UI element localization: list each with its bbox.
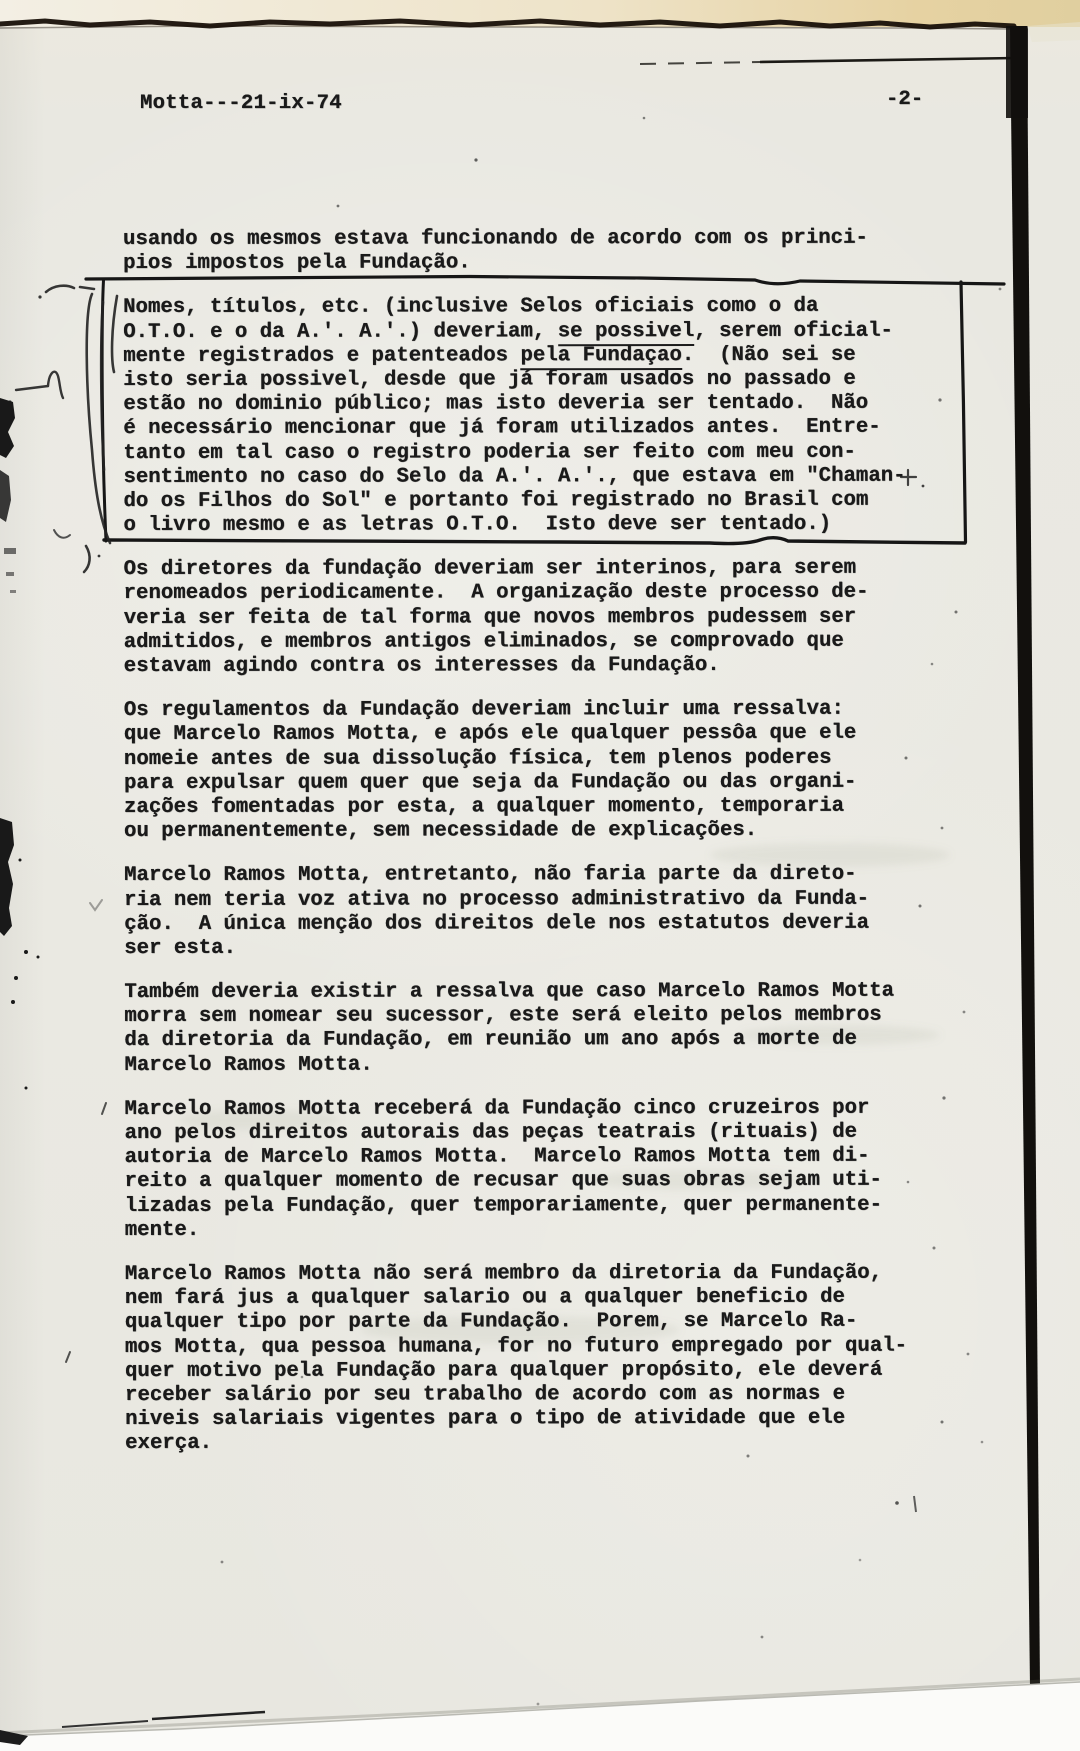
- scan-edge-bar: [1006, 22, 1080, 1688]
- paragraph: Marcelo Ramos Motta receberá da Fundação…: [125, 1096, 937, 1243]
- text-line: admitidos, e membros antigos eliminados,…: [124, 629, 936, 655]
- text-segment: ria nem teria voz ativa no processo admi…: [124, 887, 869, 911]
- text-line: ção. A única menção dos direitos dele no…: [124, 911, 936, 937]
- text-line: tanto em tal caso o registro poderia ser…: [123, 440, 935, 466]
- page-number: -2-: [886, 88, 923, 111]
- text-segment: mos Motta, qua pessoa humana, for no fut…: [125, 1334, 907, 1358]
- text-line: pios impostos pela Fundação.: [123, 251, 935, 277]
- doc-reference: Motta---21-ix-74: [140, 92, 342, 115]
- text-segment: nomeie antes de sua dissolução física, t…: [124, 746, 832, 770]
- text-segment: Os regulamentos da Fundação deveriam inc…: [124, 698, 844, 722]
- text-line: exerça.: [125, 1431, 937, 1457]
- text-line: autoria de Marcelo Ramos Motta. Marcelo …: [125, 1145, 937, 1171]
- text-segment: mente registrados e patenteados: [123, 344, 520, 368]
- text-segment: é necessário mencionar que já foram util…: [123, 416, 880, 440]
- text-line: zações fomentadas por esta, a qualquer m…: [124, 795, 936, 821]
- text-line: Marcelo Ramos Motta.: [124, 1052, 936, 1078]
- text-segment: zações fomentadas por esta, a qualquer m…: [124, 795, 844, 819]
- text-line: é necessário mencionar que já foram util…: [123, 416, 935, 442]
- text-segment: Também deveria existir a ressalva que ca…: [124, 980, 894, 1004]
- boxed-paragraph: Nomes, títulos, etc. (inclusive Selos of…: [123, 295, 935, 538]
- text-segment: Marcelo Ramos Motta.: [124, 1053, 372, 1076]
- text-line: lizadas pela Fundação, quer temporariame…: [125, 1193, 937, 1219]
- text-segment: quer motivo pela Fundação para qualquer …: [125, 1358, 882, 1382]
- text-segment: Marcelo Ramos Motta não será membro da d…: [125, 1262, 882, 1286]
- text-line: o livro mesmo e as letras O.T.O. Isto de…: [123, 513, 935, 539]
- text-line: mente.: [125, 1217, 937, 1243]
- text-segment: para expulsar quem quer que seja da Fund…: [124, 770, 857, 794]
- text-segment: exerça.: [125, 1432, 212, 1455]
- text-segment: sentimento no caso do Selo da A.'. A.'.,…: [123, 464, 905, 488]
- text-segment: da diretoria da Fundação, em reunião um …: [124, 1028, 857, 1052]
- text-line: veria ser feita de tal forma que novos m…: [124, 605, 936, 631]
- handwritten-ticks: [54, 530, 106, 1362]
- text-segment: veria ser feita de tal forma que novos m…: [124, 605, 857, 629]
- text-line: da diretoria da Fundação, em reunião um …: [124, 1028, 936, 1054]
- page-bottom-edge: [0, 1679, 1080, 1751]
- text-line: Os regulamentos da Fundação deveriam inc…: [124, 698, 936, 724]
- text-segment: do os Filhos do Sol" e portanto foi regi…: [123, 489, 868, 513]
- text-line: nomeie antes de sua dissolução física, t…: [124, 746, 936, 772]
- text-segment: Marcelo Ramos Motta, entretanto, não far…: [124, 863, 857, 887]
- text-segment: ção. A única menção dos direitos dele no…: [124, 911, 869, 935]
- paragraph: usando os mesmos estava funcionando de a…: [123, 227, 935, 277]
- text-line: para expulsar quem quer que seja da Fund…: [124, 770, 936, 796]
- text-line: estão no dominio público; mas isto dever…: [123, 392, 935, 418]
- paragraph: Os regulamentos da Fundação deveriam inc…: [124, 698, 936, 845]
- top-rule-line: [640, 58, 1016, 64]
- text-segment: Marcelo Ramos Motta receberá da Fundação…: [125, 1097, 870, 1121]
- text-line: Os diretores da fundação deveriam ser in…: [124, 557, 936, 583]
- text-line: que Marcelo Ramos Motta, e após ele qual…: [124, 722, 936, 748]
- text-segment: . (Não sei se: [682, 343, 856, 366]
- text-segment: , serem oficial-: [694, 319, 893, 342]
- text-line: qualquer tipo por parte da Fundação. Por…: [125, 1310, 937, 1336]
- underlined-text: pela Fundaçao: [520, 344, 681, 370]
- text-segment: isto seria possivel, desde que já foram …: [123, 368, 856, 392]
- text-line: isto seria possivel, desde que já foram …: [123, 368, 935, 394]
- text-line: Marcelo Ramos Motta receberá da Fundação…: [125, 1096, 937, 1122]
- text-segment: reito a qualquer momento de recusar que …: [125, 1169, 882, 1193]
- text-segment: Nomes, títulos, etc. (inclusive Selos of…: [123, 295, 818, 319]
- handwritten-bracket: [38, 286, 117, 572]
- text-line: Nomes, títulos, etc. (inclusive Selos of…: [123, 295, 935, 321]
- text-segment: usando os mesmos estava funcionando de a…: [123, 227, 868, 251]
- text-line: Também deveria existir a ressalva que ca…: [124, 980, 936, 1006]
- text-line: Marcelo Ramos Motta, entretanto, não far…: [124, 863, 936, 889]
- text-line: estavam agindo contra os interesses da F…: [124, 654, 936, 680]
- text-line: mente registrados e patenteados pela Fun…: [123, 343, 935, 369]
- text-line: morra sem nomear seu sucessor, este será…: [124, 1004, 936, 1030]
- text-line: ano pelos direitos autorais das peças te…: [125, 1121, 937, 1147]
- text-segment: renomeados periodicamente. A organização…: [124, 581, 869, 605]
- text-line: renomeados periodicamente. A organização…: [124, 581, 936, 607]
- text-segment: lizadas pela Fundação, quer temporariame…: [125, 1193, 882, 1217]
- paragraph: Também deveria existir a ressalva que ca…: [124, 980, 936, 1078]
- text-segment: tanto em tal caso o registro poderia ser…: [123, 440, 856, 464]
- text-segment: O.T.O. e o da A.'. A.'.) deveriam,: [123, 320, 558, 344]
- paragraph: Marcelo Ramos Motta, entretanto, não far…: [124, 863, 936, 961]
- text-line: Marcelo Ramos Motta não será membro da d…: [125, 1262, 937, 1288]
- text-segment: pios impostos pela Fundação.: [123, 252, 471, 276]
- text-segment: ser esta.: [124, 937, 236, 960]
- text-segment: ou permanentemente, sem necessidade de e…: [124, 819, 757, 843]
- text-segment: nem fará jus a qualquer salario ou a qua…: [125, 1286, 845, 1310]
- text-line: ser esta.: [124, 935, 936, 961]
- text-segment: estavam agindo contra os interesses da F…: [124, 654, 720, 678]
- text-segment: Os diretores da fundação deveriam ser in…: [124, 557, 857, 581]
- text-segment: qualquer tipo por parte da Fundação. Por…: [125, 1310, 858, 1334]
- text-segment: que Marcelo Ramos Motta, e após ele qual…: [124, 722, 857, 746]
- text-line: sentimento no caso do Selo da A.'. A.'.,…: [123, 464, 935, 490]
- text-line: reito a qualquer momento de recusar que …: [125, 1169, 937, 1195]
- text-segment: autoria de Marcelo Ramos Motta. Marcelo …: [125, 1145, 870, 1169]
- text-segment: o livro mesmo e as letras O.T.O. Isto de…: [123, 513, 831, 537]
- text-segment: mente.: [125, 1219, 200, 1242]
- text-line: niveis salariais vigentes para o tipo de…: [125, 1407, 937, 1433]
- text-line: ria nem teria voz ativa no processo admi…: [124, 887, 936, 913]
- text-segment: morra sem nomear seu sucessor, este será…: [124, 1004, 881, 1028]
- text-line: quer motivo pela Fundação para qualquer …: [125, 1358, 937, 1384]
- paragraph: Marcelo Ramos Motta não será membro da d…: [125, 1262, 937, 1457]
- handwritten-arrow: [8, 372, 63, 404]
- text-line: nem fará jus a qualquer salario ou a qua…: [125, 1286, 937, 1312]
- text-segment: ano pelos direitos autorais das peças te…: [125, 1121, 858, 1145]
- text-segment: estão no dominio público; mas isto dever…: [123, 392, 868, 416]
- text-line: receber salário por seu trabalho de acor…: [125, 1382, 937, 1408]
- text-line: usando os mesmos estava funcionando de a…: [123, 227, 935, 253]
- underlined-text: se possivel: [558, 320, 695, 346]
- letter-body: usando os mesmos estava funcionando de a…: [123, 227, 937, 1477]
- text-line: O.T.O. e o da A.'. A.'.) deveriam, se po…: [123, 319, 935, 345]
- text-line: mos Motta, qua pessoa humana, for no fut…: [125, 1334, 937, 1360]
- scanned-typewritten-letter-page: Motta---21-ix-74 -2- usando os mesmos es…: [0, 0, 1080, 1751]
- text-line: do os Filhos do Sol" e portanto foi regi…: [123, 488, 935, 514]
- text-segment: admitidos, e membros antigos eliminados,…: [124, 630, 844, 654]
- paragraph: Os diretores da fundação deveriam ser in…: [124, 557, 936, 679]
- text-segment: niveis salariais vigentes para o tipo de…: [125, 1407, 845, 1431]
- text-line: ou permanentemente, sem necessidade de e…: [124, 819, 936, 845]
- ink-blots: [0, 398, 40, 1090]
- text-segment: receber salário por seu trabalho de acor…: [125, 1383, 845, 1407]
